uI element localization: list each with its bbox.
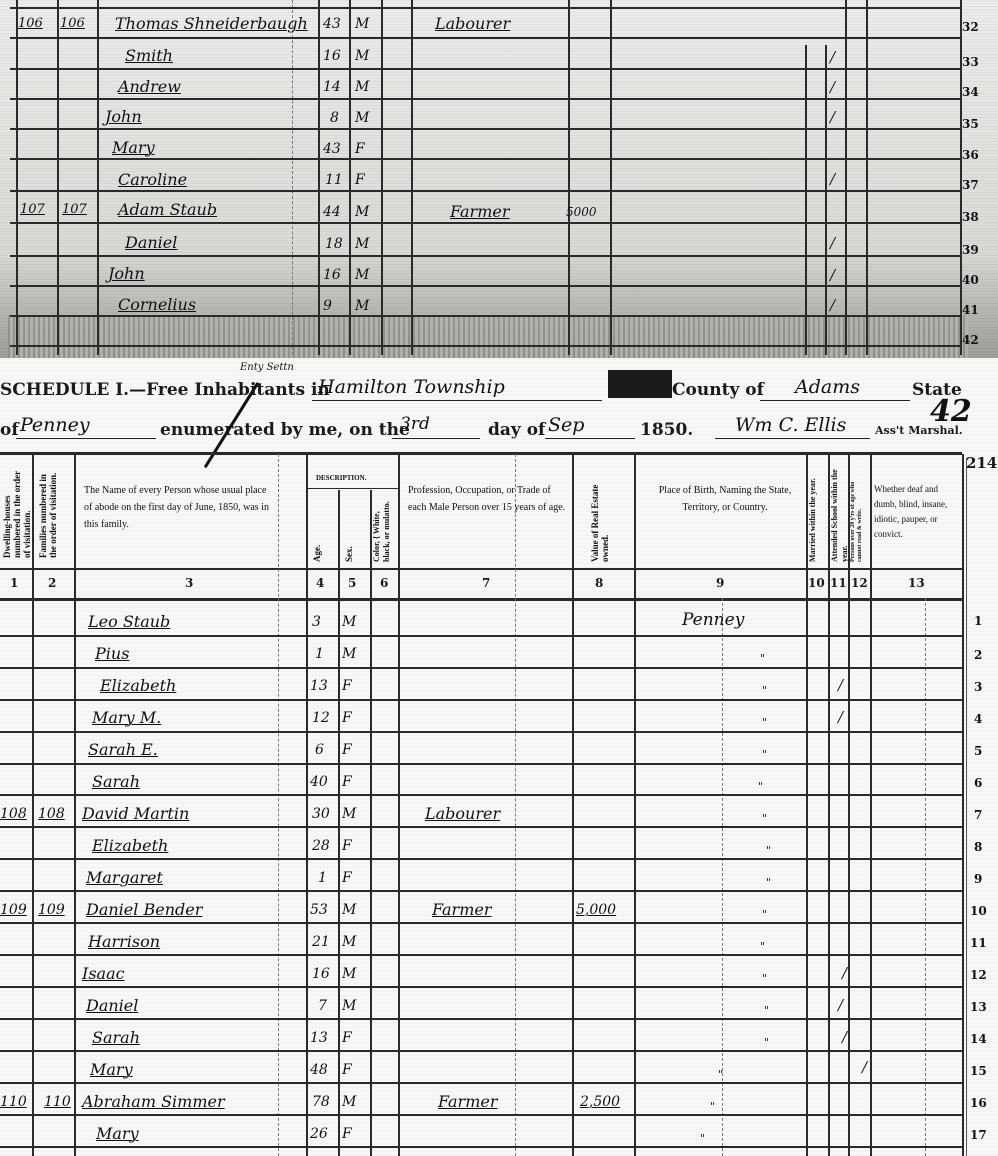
line-number: 34: [962, 85, 979, 99]
person-age: 6: [315, 742, 324, 758]
person-age: 3: [312, 614, 321, 630]
person-name: Abraham Simmer: [82, 1092, 225, 1111]
person-name: Isaac: [82, 964, 125, 983]
person-age: 44: [323, 204, 341, 220]
person-sex: M: [355, 110, 369, 126]
row-line: [0, 1082, 962, 1084]
person-age: 43: [323, 16, 341, 32]
person-age: 43: [323, 141, 341, 157]
census-page: SCHEDULE I.—Free Inhabitants in Enty Set…: [0, 358, 998, 1156]
school-mark: /: [830, 234, 835, 252]
column-number: 12: [851, 576, 868, 590]
person-sex: M: [355, 267, 369, 283]
school-mark: /: [838, 708, 843, 726]
birthplace-ditto: ": [710, 1100, 715, 1113]
col-header-family: Families numbered in the order of visita…: [38, 462, 70, 558]
person-age: 26: [310, 1126, 328, 1142]
person-sex: M: [355, 298, 369, 314]
dwelling-number: 109: [0, 902, 27, 918]
dwelling-number: 108: [0, 806, 27, 822]
day-of-label: day of: [488, 420, 545, 440]
line-number: 6: [974, 776, 982, 790]
line-number: 35: [962, 117, 979, 131]
grid-line: [381, 0, 383, 355]
row-line: [10, 285, 960, 287]
row-line: [0, 794, 962, 796]
real-estate-value: 5,000: [576, 902, 616, 918]
col-header-married: Married within the year.: [808, 468, 826, 562]
row-line: [10, 255, 960, 257]
header-rule: [0, 568, 962, 570]
scan-shadow: [8, 315, 968, 358]
person-name: Sarah E.: [88, 740, 158, 759]
county-label: County of: [672, 380, 764, 400]
person-sex: M: [342, 1094, 356, 1110]
column-number: 7: [482, 576, 490, 590]
person-sex: M: [342, 614, 356, 630]
person-occupation: Farmer: [450, 202, 510, 221]
person-name: John: [108, 264, 145, 283]
header-rule: [0, 452, 962, 455]
row-line: [0, 826, 962, 828]
person-name: Leo Staub: [88, 612, 170, 631]
description-rule: [306, 488, 398, 489]
school-mark: /: [830, 296, 835, 314]
person-sex: M: [355, 16, 369, 32]
line-number: 15: [970, 1064, 987, 1078]
person-age: 53: [310, 902, 328, 918]
person-name: John: [105, 107, 142, 126]
real-estate-value: 5000: [566, 205, 597, 219]
line-number: 32: [962, 20, 979, 34]
grid-line: [866, 0, 868, 355]
grid-line: [610, 0, 612, 355]
birthplace-ditto: ": [762, 716, 767, 729]
person-sex: F: [342, 838, 352, 854]
row-line: [0, 858, 962, 860]
row-line: [0, 890, 962, 892]
person-sex: M: [355, 204, 369, 220]
stamp-number: 214: [966, 454, 997, 472]
person-age: 11: [325, 172, 343, 188]
person-age: 16: [323, 267, 341, 283]
person-name: David Martin: [82, 804, 189, 823]
person-sex: M: [342, 966, 356, 982]
person-name: Mary: [112, 138, 155, 157]
fill-line: [715, 438, 870, 439]
line-number: 14: [970, 1032, 987, 1046]
grid-line: [825, 45, 827, 355]
school-mark: /: [830, 266, 835, 284]
person-age: 78: [312, 1094, 330, 1110]
person-name: Thomas Shneiderbaugh: [115, 14, 308, 33]
person-sex: F: [342, 774, 352, 790]
grid-line: [568, 0, 570, 355]
row-line: [10, 345, 960, 347]
school-mark: /: [842, 964, 847, 982]
of-prefix: of: [0, 420, 19, 440]
person-sex: M: [342, 998, 356, 1014]
col-header-name: The Name of every Person whose usual pla…: [84, 482, 274, 533]
person-name: Daniel: [86, 996, 138, 1015]
fill-line: [545, 438, 635, 439]
line-number: 38: [962, 210, 979, 224]
person-age: 1: [318, 870, 327, 886]
col-header-dwelling: Dwelling-houses numbered in the order of…: [2, 462, 30, 558]
grid-line: [16, 0, 18, 355]
person-age: 14: [323, 79, 341, 95]
person-name: Pius: [95, 644, 129, 663]
column-number: 8: [595, 576, 603, 590]
row-line: [0, 699, 962, 701]
person-name: Margaret: [86, 868, 163, 887]
person-sex: M: [342, 902, 356, 918]
person-name: Elizabeth: [100, 676, 176, 695]
grid-line: [57, 0, 59, 355]
grid-line: [318, 0, 320, 355]
dwelling-number: 110: [0, 1094, 27, 1110]
person-age: 13: [310, 678, 328, 694]
header-rule: [0, 598, 962, 601]
margin-annotation: Enty Settn: [240, 362, 294, 373]
person-age: 1: [315, 646, 324, 662]
person-age: 48: [310, 1062, 328, 1078]
col-header-sex: Sex.: [344, 518, 364, 562]
marshal-signature: Wm C. Ellis: [735, 414, 846, 436]
birthplace-ditto: ": [762, 812, 767, 825]
person-sex: F: [355, 141, 365, 157]
person-age: 9: [323, 298, 332, 314]
person-name: Mary: [90, 1060, 133, 1079]
person-sex: F: [342, 1030, 352, 1046]
margin-rule: [966, 458, 967, 1156]
line-number: 36: [962, 148, 979, 162]
family-number: 106: [60, 16, 85, 31]
person-name: Mary M.: [92, 708, 161, 727]
row-line: [10, 68, 960, 70]
col-header-cannot-read: Persons over 20 y'rs of age who cannot r…: [850, 468, 868, 562]
fill-line: [312, 400, 602, 401]
row-line: [10, 128, 960, 130]
line-number: 8: [974, 840, 982, 854]
person-name: Daniel: [125, 233, 177, 252]
row-line: [0, 763, 962, 765]
person-sex: M: [342, 646, 356, 662]
fill-line: [392, 438, 480, 439]
person-name: Daniel Bender: [86, 900, 202, 919]
person-sex: F: [342, 742, 352, 758]
row-line: [10, 222, 960, 224]
row-line: [0, 635, 962, 637]
column-number: 2: [48, 576, 56, 590]
line-number: 41: [962, 303, 979, 317]
person-name: Elizabeth: [92, 836, 168, 855]
person-age: 18: [325, 236, 343, 252]
birthplace-ditto: ": [766, 876, 771, 889]
line-number: 39: [962, 243, 979, 257]
person-age: 16: [323, 48, 341, 64]
column-divider: [338, 490, 340, 1156]
grid-line: [845, 0, 847, 355]
col-header-condition: Whether deaf and dumb, blind, insane, id…: [874, 482, 960, 542]
dwelling-number: 107: [20, 202, 45, 217]
line-number: 2: [974, 648, 982, 662]
person-age: 8: [330, 110, 339, 126]
person-age: 12: [312, 710, 330, 726]
line-number: 10: [970, 904, 987, 918]
column-number: 4: [316, 576, 324, 590]
page-number: 42: [930, 394, 972, 429]
person-sex: M: [355, 48, 369, 64]
real-estate-value: 2,500: [580, 1094, 620, 1110]
column-divider: [925, 598, 926, 1156]
grid-line: [97, 0, 99, 355]
column-number: 6: [380, 576, 388, 590]
school-mark: /: [830, 108, 835, 126]
person-sex: F: [355, 172, 365, 188]
county-name: Adams: [795, 376, 860, 398]
row-line: [0, 731, 962, 733]
birthplace-ditto: ": [764, 1036, 769, 1049]
person-name: Sarah: [92, 772, 140, 791]
line-number: 33: [962, 55, 979, 69]
person-sex: M: [355, 79, 369, 95]
person-name: Smith: [125, 46, 173, 65]
birthplace-ditto: ": [764, 1004, 769, 1017]
line-number: 9: [974, 872, 982, 886]
line-number: 13: [970, 1000, 987, 1014]
row-line: [0, 954, 962, 956]
person-name: Cornelius: [118, 295, 196, 314]
enumerated-label: enumerated by me, on the: [160, 420, 410, 440]
row-line: [10, 7, 960, 9]
col-header-age: Age.: [312, 518, 332, 562]
row-line: [10, 37, 960, 39]
col-header-real-estate: Value of Real Estate owned.: [590, 478, 620, 562]
family-number: 108: [38, 806, 65, 822]
birthplace: Penney: [682, 610, 744, 630]
birthplace-ditto: ": [760, 652, 765, 665]
person-age: 7: [318, 998, 327, 1014]
row-line: [0, 1114, 962, 1116]
row-line: [0, 986, 962, 988]
school-mark: /: [838, 676, 843, 694]
previous-page-fragment: 32 33 34 35 36 37 38 39 40 41 42 106 106…: [0, 0, 998, 358]
enumeration-year: 1850.: [640, 420, 693, 440]
birthplace-ditto: ": [762, 684, 767, 697]
person-sex: M: [342, 934, 356, 950]
grid-line: [411, 0, 413, 355]
school-mark: /: [842, 1028, 847, 1046]
column-number: 3: [185, 576, 193, 590]
dwelling-number: 106: [18, 16, 43, 31]
birthplace-ditto: ": [760, 940, 765, 953]
state-name: Penney: [20, 414, 90, 436]
row-line: [10, 158, 960, 160]
cannot-read-mark: /: [862, 1058, 867, 1076]
school-mark: /: [830, 48, 835, 66]
person-occupation: Labourer: [435, 14, 510, 33]
fill-line: [16, 438, 156, 439]
line-number: 3: [974, 680, 982, 694]
line-number: 16: [970, 1096, 987, 1110]
column-number: 10: [808, 576, 825, 590]
enumeration-day: 3rd: [400, 414, 430, 434]
person-occupation: Farmer: [432, 900, 492, 919]
line-number: 37: [962, 178, 979, 192]
person-name: Sarah: [92, 1028, 140, 1047]
family-number: 107: [62, 202, 87, 217]
column-number: 13: [908, 576, 925, 590]
person-sex: F: [342, 1126, 352, 1142]
col-header-description: DESCRIPTION.: [316, 470, 366, 487]
line-number: 40: [962, 273, 979, 287]
person-name: Caroline: [118, 170, 187, 189]
col-header-occupation: Profession, Occupation, or Trade of each…: [408, 482, 568, 516]
school-mark: /: [838, 996, 843, 1014]
column-number: 5: [348, 576, 356, 590]
birthplace-ditto: ": [766, 844, 771, 857]
schedule-title: SCHEDULE I.—Free Inhabitants in: [0, 380, 330, 400]
person-age: 21: [312, 934, 330, 950]
column-number: 9: [716, 576, 724, 590]
line-number: 7: [974, 808, 982, 822]
redaction-block: [608, 370, 672, 398]
grid-line: [805, 45, 807, 355]
person-sex: M: [355, 236, 369, 252]
person-occupation: Labourer: [425, 804, 500, 823]
person-name: Andrew: [118, 77, 181, 96]
birthplace-ditto: ": [718, 1068, 723, 1081]
birthplace-ditto: ": [762, 748, 767, 761]
row-line: [0, 667, 962, 669]
family-number: 110: [44, 1094, 71, 1110]
column-divider: [962, 454, 964, 1156]
column-number: 11: [830, 576, 847, 590]
school-mark: /: [830, 78, 835, 96]
birthplace-ditto: ": [762, 972, 767, 985]
line-number: 42: [962, 333, 979, 347]
line-number: 1: [974, 614, 982, 628]
person-age: 30: [312, 806, 330, 822]
person-name: Mary: [96, 1124, 139, 1143]
person-sex: M: [342, 806, 356, 822]
person-age: 13: [310, 1030, 328, 1046]
school-mark: /: [830, 170, 835, 188]
line-number: 17: [970, 1128, 987, 1142]
column-number: 1: [10, 576, 18, 590]
birthplace-ditto: ": [700, 1132, 705, 1145]
row-line: [0, 1018, 962, 1020]
row-line: [0, 922, 962, 924]
grid-line: [349, 0, 351, 355]
family-number: 109: [38, 902, 65, 918]
person-name: Harrison: [88, 932, 160, 951]
line-number: 4: [974, 712, 982, 726]
row-line: [10, 315, 960, 317]
birthplace-ditto: ": [762, 908, 767, 921]
line-number: 5: [974, 744, 982, 758]
line-number: 11: [970, 936, 987, 950]
fill-line: [760, 400, 910, 401]
col-header-school: Attended School within the year.: [830, 468, 848, 562]
person-age: 28: [312, 838, 330, 854]
person-sex: F: [342, 1062, 352, 1078]
col-header-birthplace: Place of Birth, Naming the State, Territ…: [650, 482, 800, 516]
person-age: 16: [312, 966, 330, 982]
enumeration-month: Sep: [548, 414, 584, 436]
birthplace-ditto: ": [758, 780, 763, 793]
grid-line: [292, 0, 293, 355]
col-header-color: Color, { White, black, or mulatto.: [372, 494, 396, 562]
person-sex: F: [342, 678, 352, 694]
row-line: [10, 98, 960, 100]
person-sex: F: [342, 710, 352, 726]
township-name: Hamilton Township: [318, 376, 505, 398]
line-number: 12: [970, 968, 987, 982]
person-age: 40: [310, 774, 328, 790]
column-divider: [370, 490, 372, 1156]
row-line: [10, 190, 960, 192]
person-occupation: Farmer: [438, 1092, 498, 1111]
row-line: [0, 1146, 962, 1148]
person-sex: F: [342, 870, 352, 886]
person-name: Adam Staub: [118, 200, 217, 219]
row-line: [0, 1050, 962, 1052]
